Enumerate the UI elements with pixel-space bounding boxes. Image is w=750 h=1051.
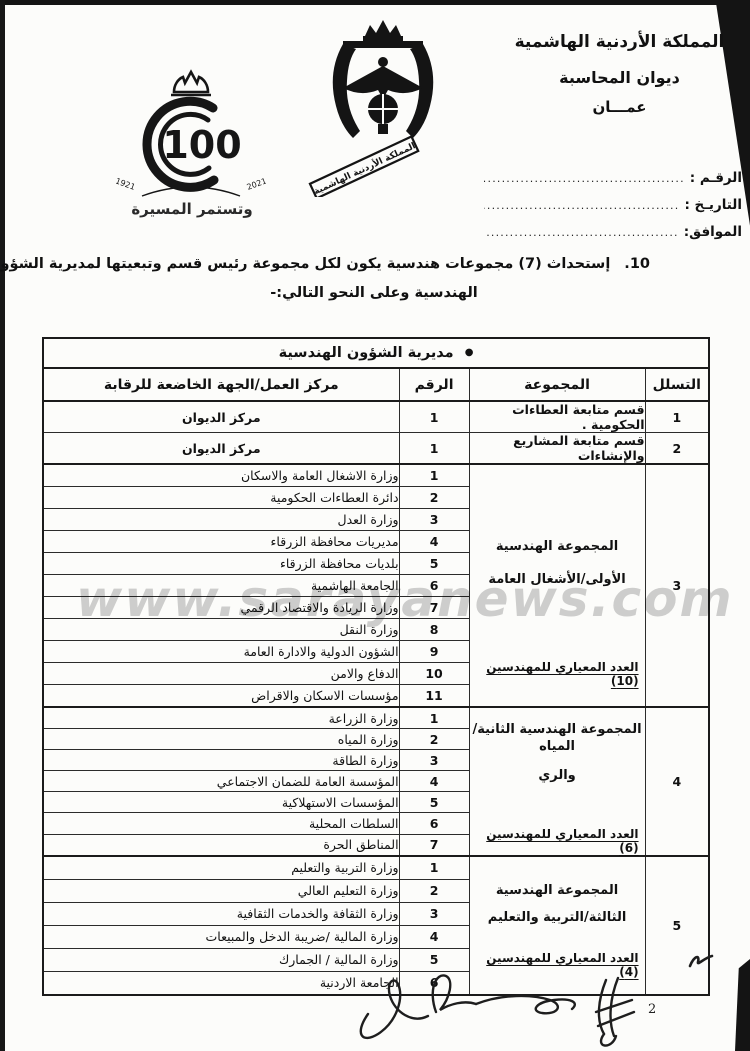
city-label: عمـــان <box>497 98 742 116</box>
number-cell: 1 <box>399 401 469 433</box>
work-center-cell: الشؤون الدولية والادارة العامة <box>43 641 399 663</box>
work-center-cell: الجامعة الاردنية <box>43 971 399 995</box>
work-center-cell: وزارة الاشغال العامة والاسكان <box>43 464 399 487</box>
number-cell: 5 <box>399 553 469 575</box>
centennial-year-left: 1921 <box>116 176 136 191</box>
table-row: 4 المجموعة الهندسية الثانية/المياه والري… <box>43 707 709 729</box>
field-number-label: الرقـم : <box>690 170 742 186</box>
bullet-icon: ● <box>465 347 474 358</box>
engineering-groups-table: ● مديرية الشؤون الهندسية التسلل المجموعة… <box>42 337 710 996</box>
signature-check-icon <box>684 948 720 976</box>
header-seq: التسلل <box>645 368 709 401</box>
number-cell: 6 <box>399 813 469 834</box>
group-title-line: الأولى/الأشغال العامة <box>488 572 625 589</box>
number-cell: 4 <box>399 925 469 948</box>
work-center-cell: وزارة الطاقة <box>43 750 399 771</box>
table-caption-text: مديرية الشؤون الهندسية <box>279 345 454 361</box>
seq-cell: 2 <box>645 433 709 465</box>
number-cell: 1 <box>399 464 469 487</box>
number-cell: 1 <box>399 856 469 880</box>
field-number: الرقـم : ...............................… <box>484 170 742 186</box>
crest-crown-icon <box>363 20 403 41</box>
field-corresponding-blank: ........................................… <box>484 226 679 239</box>
work-center-cell: وزارة المياه <box>43 729 399 750</box>
group-seq-cell: 3 <box>645 464 709 707</box>
group-title-line: الثالثة/التربية والتعليم <box>488 910 627 927</box>
kingdom-title: المملكة الأردنية الهاشمية <box>497 32 742 52</box>
signature-scribble-icon <box>352 952 672 1051</box>
scan-edge-top <box>0 0 750 5</box>
work-center-cell: وزارة المالية /ضريبة الدخل والمبيعات <box>43 925 399 948</box>
field-corresponding-label: الموافق: <box>684 224 742 240</box>
group-standard-count: العدد المعياري للمهندسين (10) <box>470 660 645 688</box>
number-cell: 7 <box>399 597 469 619</box>
centennial-number: 100 <box>162 123 241 167</box>
header-center: مركز العمل/الجهة الخاضعة للرقابة <box>43 368 399 401</box>
centennial-year-right: 2021 <box>246 176 266 191</box>
number-cell: 3 <box>399 509 469 531</box>
work-center-cell: مركز الديوان <box>43 401 399 433</box>
number-cell: 7 <box>399 834 469 856</box>
reference-fields: الرقـم : ...............................… <box>484 170 742 251</box>
number-cell: 6 <box>399 575 469 597</box>
work-center-cell: وزارة العدل <box>43 509 399 531</box>
header-group: المجموعة <box>469 368 645 401</box>
field-corresponding: الموافق: ...............................… <box>484 224 742 240</box>
number-cell: 9 <box>399 641 469 663</box>
number-cell: 4 <box>399 531 469 553</box>
work-center-cell: وزارة الثقافة والخدمات الثقافية <box>43 902 399 925</box>
number-cell: 1 <box>399 707 469 729</box>
number-cell: 11 <box>399 685 469 708</box>
number-cell: 2 <box>399 879 469 902</box>
scanned-document-page: المملكة الأردنية الهاشمية ديوان المحاسبة… <box>0 0 750 1051</box>
work-center-cell: وزارة الزراعة <box>43 707 399 729</box>
number-cell: 3 <box>399 902 469 925</box>
centennial-logo-icon: 100 1921 2021 <box>116 62 266 212</box>
number-cell: 5 <box>399 792 469 813</box>
paragraph-line2: الهندسية وعلى النحو التالي:- <box>98 285 650 301</box>
paragraph-line1: 10.إستحداث (7) مجموعات هندسية يكون لكل م… <box>98 256 650 272</box>
field-date: التاريـخ : .............................… <box>484 197 742 213</box>
group-title-line: المجموعة الهندسية <box>496 883 618 900</box>
crest-ribbon-label: المملكة الأردنية الهاشمية <box>312 139 418 197</box>
number-cell: 4 <box>399 771 469 792</box>
number-cell: 10 <box>399 663 469 685</box>
work-center-cell: المؤسسة العامة للضمان الاجتماعي <box>43 771 399 792</box>
scan-corner-bottom-right <box>735 959 750 1051</box>
number-cell: 8 <box>399 619 469 641</box>
royal-crest-icon: المملكة الأردنية الهاشمية <box>303 12 463 197</box>
work-center-cell: المناطق الحرة <box>43 834 399 856</box>
header-number: الرقم <box>399 368 469 401</box>
group-title-line: والري <box>538 768 575 785</box>
work-center-cell: الجامعة الهاشمية <box>43 575 399 597</box>
number-cell: 2 <box>399 729 469 750</box>
bureau-title: ديوان المحاسبة <box>497 68 742 87</box>
table-row: 2 قسم متابعة المشاريع والإنشاءات 1 مركز … <box>43 433 709 465</box>
group-description-cell: المجموعة الهندسية الثانية/المياه والري ا… <box>469 707 645 856</box>
table-header-row: التسلل المجموعة الرقم مركز العمل/الجهة ا… <box>43 368 709 401</box>
number-cell: 3 <box>399 750 469 771</box>
work-center-cell: دائرة العطاءات الحكومية <box>43 487 399 509</box>
scan-edge-left <box>0 0 5 1051</box>
group-title-line: المجموعة الهندسية <box>496 539 618 556</box>
table-row: 1 قسم متابعة العطاءات الحكومية . 1 مركز … <box>43 401 709 433</box>
work-center-cell: مؤسسات الاسكان والاقراض <box>43 685 399 708</box>
work-center-cell: وزارة المالية / الجمارك <box>43 948 399 971</box>
work-center-cell: مديريات محافظة الزرقاء <box>43 531 399 553</box>
table-caption-row: ● مديرية الشؤون الهندسية <box>43 338 709 368</box>
centennial-slogan: وتستمر المسيرة <box>112 200 272 218</box>
centennial-crown-icon <box>174 72 208 92</box>
group-seq-cell: 4 <box>645 707 709 856</box>
work-center-cell: بلديات محافظة الزرقاء <box>43 553 399 575</box>
group-standard-count: العدد المعياري للمهندسين (6) <box>470 827 645 855</box>
paragraph-text: إستحداث (7) مجموعات هندسية يكون لكل مجمو… <box>0 256 610 272</box>
work-center-cell: مركز الديوان <box>43 433 399 465</box>
work-center-cell: وزارة النقل <box>43 619 399 641</box>
group-description-cell: المجموعة الهندسية الأولى/الأشغال العامة … <box>469 464 645 707</box>
letterhead: المملكة الأردنية الهاشمية ديوان المحاسبة… <box>497 32 742 116</box>
table-caption: ● مديرية الشؤون الهندسية <box>43 338 709 368</box>
field-date-label: التاريـخ : <box>684 197 742 213</box>
group-title-line: المجموعة الهندسية الثانية/المياه <box>470 722 645 756</box>
number-cell: 2 <box>399 487 469 509</box>
field-number-blank: ........................................… <box>484 172 685 185</box>
work-center-cell: وزارة الريادة والاقتصاد الرقمي <box>43 597 399 619</box>
table-row: 5 المجموعة الهندسية الثالثة/التربية والت… <box>43 856 709 880</box>
work-center-cell: وزارة التربية والتعليم <box>43 856 399 880</box>
work-center-cell: وزارة التعليم العالي <box>43 879 399 902</box>
work-center-cell: الدفاع والامن <box>43 663 399 685</box>
decree-paragraph: 10.إستحداث (7) مجموعات هندسية يكون لكل م… <box>98 256 650 301</box>
seq-cell: 1 <box>645 401 709 433</box>
group-name-cell: قسم متابعة المشاريع والإنشاءات <box>469 433 645 465</box>
group-name-cell: قسم متابعة العطاءات الحكومية . <box>469 401 645 433</box>
work-center-cell: المؤسسات الاستهلاكية <box>43 792 399 813</box>
number-cell: 1 <box>399 433 469 465</box>
work-center-cell: السلطات المحلية <box>43 813 399 834</box>
field-date-blank: ........................................… <box>484 199 679 212</box>
table-row: 3 المجموعة الهندسية الأولى/الأشغال العام… <box>43 464 709 487</box>
paragraph-number: 10. <box>624 256 650 272</box>
